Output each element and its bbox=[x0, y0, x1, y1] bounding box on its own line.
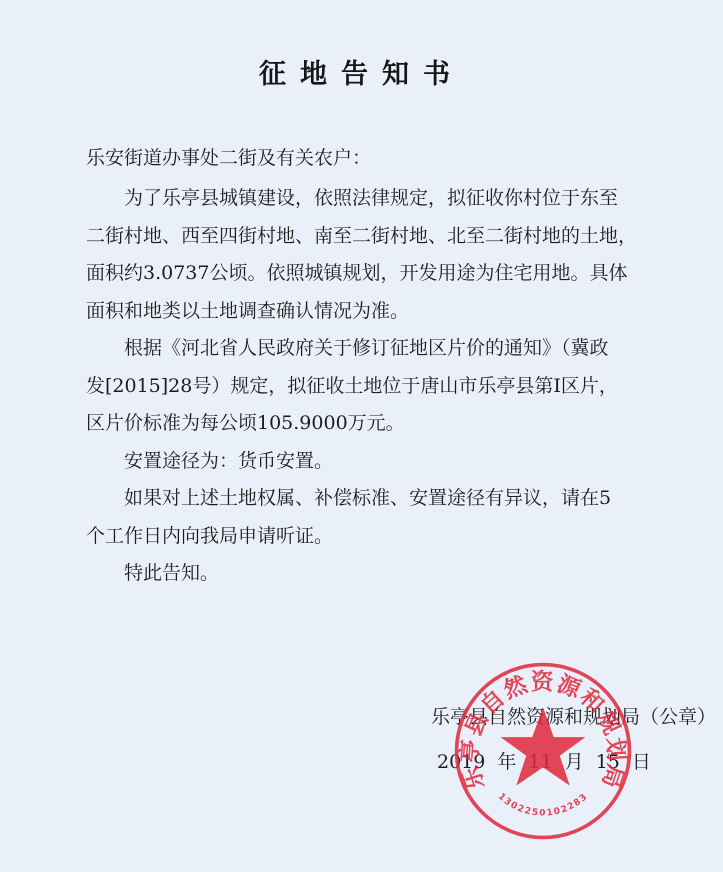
text-line: 面积约3.0737公顷。依照城镇规划，开发用途为住宅用地。具体 bbox=[86, 255, 646, 293]
page-title: 征地告知书 bbox=[0, 52, 723, 91]
document-body: 为了乐亭县城镇建设，依照法律规定，拟征收你村位于东至 二街村地、西至四街村地、南… bbox=[86, 180, 646, 593]
paragraph-objection: 如果对上述土地权属、补偿标准、安置途径有异议，请在5 个工作日内向我局申请听证。 bbox=[86, 480, 646, 555]
text-line: 如果对上述土地权属、补偿标准、安置途径有异议，请在5 bbox=[86, 480, 646, 518]
text-line: 根据《河北省人民政府关于修订征地区片价的通知》（冀政 bbox=[86, 330, 646, 368]
salutation: 乐安街道办事处二街及有关农户： bbox=[86, 143, 371, 170]
stamp-code: 1302250102283 bbox=[496, 792, 591, 819]
paragraph-closing: 特此告知。 bbox=[86, 555, 646, 593]
text-line: 特此告知。 bbox=[86, 555, 646, 593]
text-line: 安置途径为：货币安置。 bbox=[86, 443, 646, 481]
text-line: 个工作日内向我局申请听证。 bbox=[86, 518, 646, 556]
text-line: 为了乐亭县城镇建设，依照法律规定，拟征收你村位于东至 bbox=[86, 180, 646, 218]
paragraph-land-scope: 为了乐亭县城镇建设，依照法律规定，拟征收你村位于东至 二街村地、西至四街村地、南… bbox=[86, 180, 646, 330]
text-line: 发[2015]28号）规定，拟征收土地位于唐山市乐亭县第I区片， bbox=[86, 368, 646, 406]
text-line: 二街村地、西至四街村地、南至二街村地、北至二街村地的土地， bbox=[86, 218, 646, 256]
official-seal-stamp: 乐亭县自然资源和规划局 1302250102283 bbox=[452, 660, 634, 842]
text-line: 面积和地类以土地调查确认情况为准。 bbox=[86, 293, 646, 331]
paragraph-resettlement: 安置途径为：货币安置。 bbox=[86, 443, 646, 481]
text-line: 区片价标准为每公顷105.9000万元。 bbox=[86, 405, 646, 443]
star-icon bbox=[501, 707, 586, 785]
paragraph-compensation-price: 根据《河北省人民政府关于修订征地区片价的通知》（冀政 发[2015]28号）规定… bbox=[86, 330, 646, 443]
